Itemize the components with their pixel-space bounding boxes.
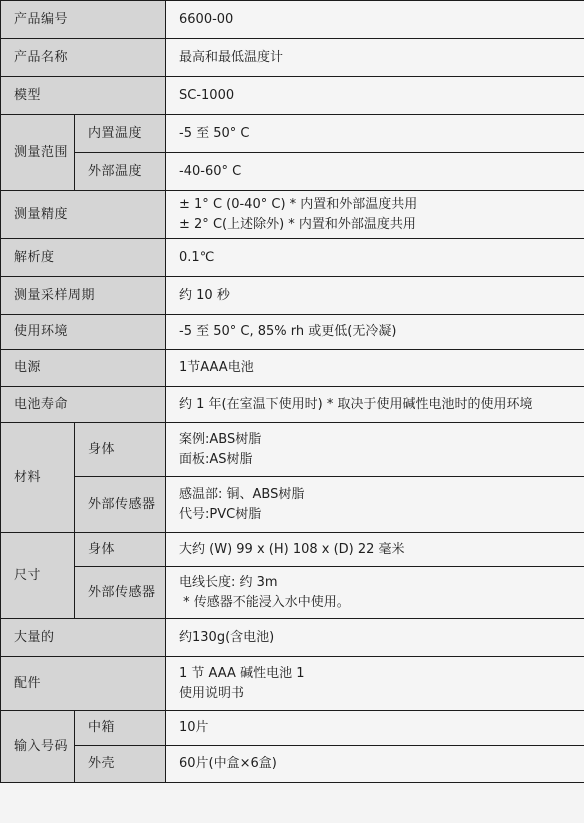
value-line: -5 至 50° C <box>179 124 579 144</box>
row-sublabel: 中箱 <box>75 711 166 746</box>
row-value: -5 至 50° C, 85% rh 或更低(无冷凝) <box>166 315 584 350</box>
value-line: 感温部: 铜、ABS树脂 <box>179 485 579 505</box>
row-label: 大量的 <box>1 619 166 657</box>
row-label-text: 电源 <box>14 360 41 375</box>
row-sublabel-text: 外部温度 <box>88 164 142 179</box>
value-line: 60片(中盒×6盒) <box>179 754 579 774</box>
row-label-text: 尺寸 <box>14 568 41 583</box>
row-label-text: 模型 <box>14 88 41 103</box>
table-row: 电源 1节AAA电池 <box>1 350 584 387</box>
row-value: SC-1000 <box>166 77 584 115</box>
table-row: 外壳 60片(中盒×6盒) <box>1 746 584 783</box>
value-line: 6600-00 <box>179 10 579 30</box>
row-label: 测量范围 <box>1 115 75 191</box>
table-row: 测量精度 ± 1° C (0-40° C) * 内置和外部温度共用 ± 2° C… <box>1 191 584 239</box>
row-label-text: 解析度 <box>14 250 55 265</box>
row-value: 最高和最低温度计 <box>166 39 584 77</box>
table-row: 产品编号 6600-00 <box>1 1 584 39</box>
row-label: 产品编号 <box>1 1 166 39</box>
row-sublabel-text: 内置温度 <box>88 126 142 141</box>
table-row: 材料 身体 案例:ABS树脂 面板:AS树脂 <box>1 423 584 477</box>
row-label-text: 测量范围 <box>14 145 68 160</box>
row-value: -5 至 50° C <box>166 115 584 153</box>
table-row: 外部温度 -40-60° C <box>1 153 584 191</box>
value-line: 使用说明书 <box>179 684 579 704</box>
row-value: 感温部: 铜、ABS树脂 代号:PVC树脂 <box>166 477 584 533</box>
row-sublabel-text: 外壳 <box>88 756 115 771</box>
row-value: 60片(中盒×6盒) <box>166 746 584 783</box>
row-label: 测量精度 <box>1 191 166 239</box>
row-label-text: 测量精度 <box>14 207 68 222</box>
row-label: 材料 <box>1 423 75 533</box>
table-row: 电池寿命 约 1 年(在室温下使用时) * 取决于使用碱性电池时的使用环境 <box>1 387 584 423</box>
row-label-text: 大量的 <box>14 630 55 645</box>
row-sublabel: 外部传感器 <box>75 477 166 533</box>
row-label-text: 产品名称 <box>14 50 68 65</box>
value-line: 约 1 年(在室温下使用时) * 取决于使用碱性电池时的使用环境 <box>179 395 579 415</box>
row-sublabel-text: 身体 <box>88 442 115 457</box>
value-line: ± 1° C (0-40° C) * 内置和外部温度共用 <box>179 195 579 215</box>
value-line: 0.1℃ <box>179 248 579 268</box>
row-label-text: 配件 <box>14 676 41 691</box>
row-sublabel-text: 外部传感器 <box>88 497 156 512</box>
row-value: 1节AAA电池 <box>166 350 584 387</box>
row-sublabel: 身体 <box>75 533 166 567</box>
row-value: 大约 (W) 99 x (H) 108 x (D) 22 毫米 <box>166 533 584 567</box>
value-line: 面板:AS树脂 <box>179 450 579 470</box>
row-label: 测量采样周期 <box>1 277 166 315</box>
value-line: -40-60° C <box>179 162 579 182</box>
row-label-text: 电池寿命 <box>14 397 68 412</box>
row-sublabel: 外壳 <box>75 746 166 783</box>
row-sublabel: 外部传感器 <box>75 567 166 619</box>
row-sublabel-text: 外部传感器 <box>88 585 156 600</box>
table-row: 测量采样周期 约 10 秒 <box>1 277 584 315</box>
row-label: 解析度 <box>1 239 166 277</box>
table-row: 解析度 0.1℃ <box>1 239 584 277</box>
row-value: 6600-00 <box>166 1 584 39</box>
value-line: 代号:PVC树脂 <box>179 505 579 525</box>
row-value: 1 节 AAA 碱性电池 1 使用说明书 <box>166 657 584 711</box>
row-label-text: 测量采样周期 <box>14 288 95 303</box>
table-row: 大量的 约130g(含电池) <box>1 619 584 657</box>
value-line: 10片 <box>179 718 579 738</box>
row-label-text: 材料 <box>14 470 41 485</box>
table-row: 输入号码 中箱 10片 <box>1 711 584 746</box>
row-label: 输入号码 <box>1 711 75 783</box>
value-line: ± 2° C(上述除外) * 内置和外部温度共用 <box>179 215 579 235</box>
row-value: 0.1℃ <box>166 239 584 277</box>
row-value: 案例:ABS树脂 面板:AS树脂 <box>166 423 584 477</box>
value-line: 大约 (W) 99 x (H) 108 x (D) 22 毫米 <box>179 540 579 560</box>
table-row: 外部传感器 电线长度: 约 3m * 传感器不能浸入水中使用。 <box>1 567 584 619</box>
row-value: ± 1° C (0-40° C) * 内置和外部温度共用 ± 2° C(上述除外… <box>166 191 584 239</box>
row-value: -40-60° C <box>166 153 584 191</box>
value-line: 约130g(含电池) <box>179 628 579 648</box>
value-line: * 传感器不能浸入水中使用。 <box>179 593 579 613</box>
row-label-text: 产品编号 <box>14 12 68 27</box>
spec-table: 产品编号 6600-00 产品名称 最高和最低温度计 模型 SC-1000 测量… <box>0 0 584 783</box>
table-row: 配件 1 节 AAA 碱性电池 1 使用说明书 <box>1 657 584 711</box>
table-row: 外部传感器 感温部: 铜、ABS树脂 代号:PVC树脂 <box>1 477 584 533</box>
value-line: -5 至 50° C, 85% rh 或更低(无冷凝) <box>179 322 579 342</box>
row-label-text: 使用环境 <box>14 324 68 339</box>
value-line: 案例:ABS树脂 <box>179 430 579 450</box>
table-row: 产品名称 最高和最低温度计 <box>1 39 584 77</box>
value-line: 1 节 AAA 碱性电池 1 <box>179 664 579 684</box>
value-line: SC-1000 <box>179 86 579 106</box>
table-row: 尺寸 身体 大约 (W) 99 x (H) 108 x (D) 22 毫米 <box>1 533 584 567</box>
row-sublabel-text: 身体 <box>88 542 115 557</box>
row-sublabel: 身体 <box>75 423 166 477</box>
row-value: 约 10 秒 <box>166 277 584 315</box>
row-label: 尺寸 <box>1 533 75 619</box>
row-label: 电源 <box>1 350 166 387</box>
row-sublabel-text: 中箱 <box>88 720 115 735</box>
row-value: 10片 <box>166 711 584 746</box>
row-label-text: 输入号码 <box>14 739 68 754</box>
value-line: 1节AAA电池 <box>179 358 579 378</box>
row-sublabel: 外部温度 <box>75 153 166 191</box>
table-row: 使用环境 -5 至 50° C, 85% rh 或更低(无冷凝) <box>1 315 584 350</box>
value-line: 约 10 秒 <box>179 286 579 306</box>
value-line: 最高和最低温度计 <box>179 48 579 68</box>
row-label: 使用环境 <box>1 315 166 350</box>
value-line: 电线长度: 约 3m <box>179 573 579 593</box>
row-value: 约 1 年(在室温下使用时) * 取决于使用碱性电池时的使用环境 <box>166 387 584 423</box>
row-sublabel: 内置温度 <box>75 115 166 153</box>
row-label: 配件 <box>1 657 166 711</box>
row-label: 模型 <box>1 77 166 115</box>
row-value: 约130g(含电池) <box>166 619 584 657</box>
row-label: 产品名称 <box>1 39 166 77</box>
row-label: 电池寿命 <box>1 387 166 423</box>
table-row: 模型 SC-1000 <box>1 77 584 115</box>
row-value: 电线长度: 约 3m * 传感器不能浸入水中使用。 <box>166 567 584 619</box>
table-row: 测量范围 内置温度 -5 至 50° C <box>1 115 584 153</box>
